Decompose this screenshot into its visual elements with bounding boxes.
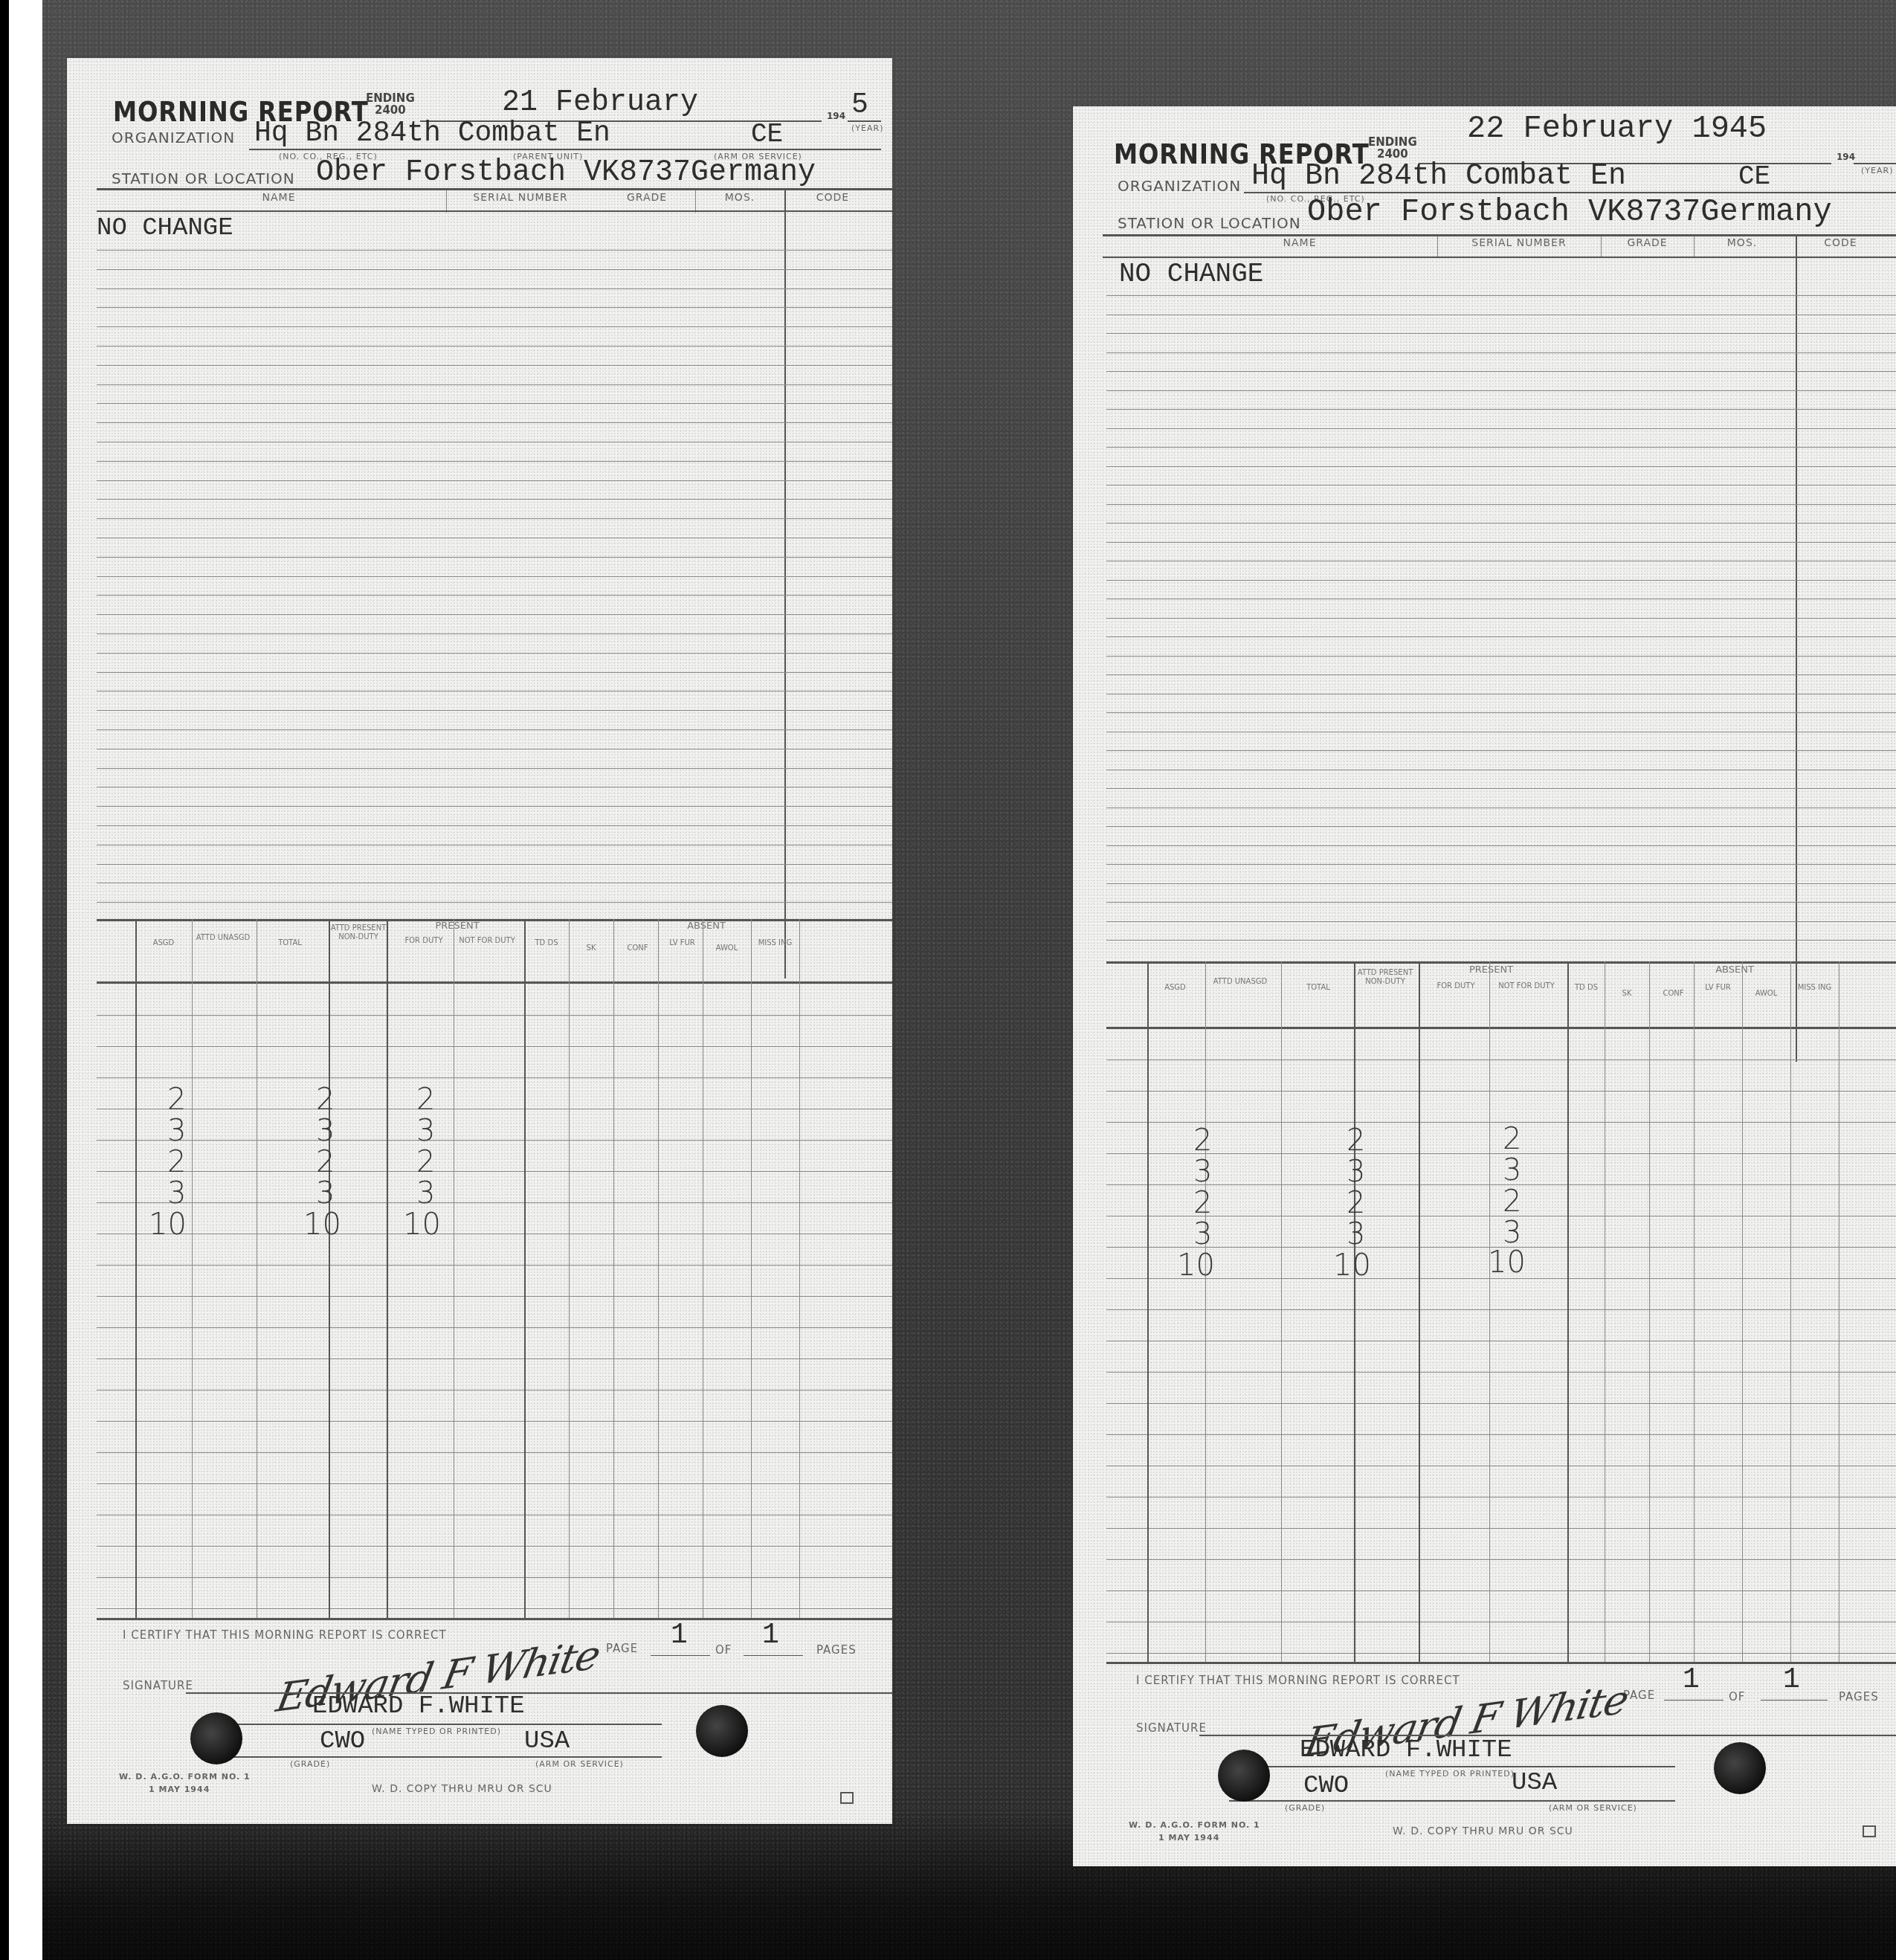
ruled-line <box>97 442 892 442</box>
grid-row-line <box>97 1140 892 1141</box>
grid-row-line <box>97 1077 892 1078</box>
grid-row-line <box>97 1015 892 1016</box>
grid-row-line <box>97 1515 892 1515</box>
ruled-line <box>1106 712 1896 713</box>
grade-value: CWO <box>320 1727 365 1756</box>
organization-value: Hq Bn 284th Combat En <box>1251 160 1626 193</box>
grid-row-line <box>1106 1216 1896 1216</box>
ruled-line <box>1106 333 1896 334</box>
ruled-line <box>1106 807 1896 808</box>
strength-duty-row-3: 2 <box>1503 1184 1521 1219</box>
grade-value: CWO <box>1303 1772 1349 1800</box>
ruled-line <box>97 845 892 845</box>
typed-name-caption: (NAME TYPED OR PRINTED) <box>1385 1769 1515 1779</box>
ruled-line <box>1106 466 1896 467</box>
col-name: NAME <box>186 192 372 204</box>
year-caption: (YEAR) <box>851 123 883 133</box>
ruled-line <box>1106 485 1896 486</box>
arm-value: CE <box>751 119 783 149</box>
strength-total-row-1: 2 <box>1347 1124 1365 1158</box>
grid-row-line <box>1106 1590 1896 1591</box>
grid-row-line <box>1106 1184 1896 1185</box>
year-digit: 5 <box>851 89 868 121</box>
strength-total-row-1: 2 <box>316 1083 335 1117</box>
ruled-line <box>97 749 892 749</box>
certify-text: I CERTIFY THAT THIS MORNING REPORT IS CO… <box>123 1628 447 1642</box>
year-underline <box>848 120 881 122</box>
grid-row-line <box>97 1171 892 1172</box>
grid-col-line <box>1205 961 1206 1662</box>
form-number: W. D. A.G.O. FORM NO. 1 <box>1129 1820 1260 1830</box>
grid-col-line <box>1839 961 1839 1662</box>
page-number: 1 <box>1683 1664 1700 1696</box>
ruled-line <box>97 634 892 634</box>
grid-row-line <box>1106 1497 1896 1498</box>
ruled-line <box>1106 542 1896 543</box>
th-sk: SK <box>1608 990 1645 999</box>
station-value: Ober Forstbach VK8737Germany <box>316 156 816 190</box>
ruled-line <box>97 557 892 558</box>
ruled-line <box>97 461 892 462</box>
station-label: STATION OR LOCATION <box>1118 214 1301 232</box>
ruled-line <box>97 595 892 596</box>
grid-col-line <box>524 919 526 1618</box>
grid-row-line <box>97 1421 892 1422</box>
th-not-for-duty: NOT FOR DUTY <box>457 937 517 946</box>
page-total: 1 <box>1783 1664 1800 1696</box>
ruled-line <box>97 538 892 538</box>
ruled-line <box>1106 447 1896 448</box>
col-serial-number: SERIAL NUMBER <box>446 192 595 204</box>
ruled-line <box>97 902 892 903</box>
col-grade: GRADE <box>1605 237 1690 249</box>
ruled-line <box>97 422 892 423</box>
ruled-line <box>97 307 892 308</box>
th-sk: SK <box>573 944 610 953</box>
strength-duty-row-2: 3 <box>416 1114 435 1148</box>
th-asgd: ASGD <box>1147 984 1203 993</box>
ruled-line <box>1106 504 1896 505</box>
col-divider <box>695 190 696 213</box>
copy-note: W. D. COPY THRU MRU OR SCU <box>1393 1825 1573 1837</box>
th-total: TOTAL <box>1285 984 1352 993</box>
ruled-line <box>97 346 892 346</box>
ruled-line <box>97 672 892 673</box>
organization-label: ORGANIZATION <box>1118 177 1241 195</box>
code-column-divider <box>784 190 786 979</box>
strength-table-top <box>97 919 892 921</box>
morning-report-form-right: MORNING REPORT ENDING2400 22 February 19… <box>1073 106 1896 1866</box>
strength-asgd-total: 10 <box>149 1208 187 1242</box>
ruled-line <box>97 576 892 577</box>
grid-col-line <box>1790 961 1791 1662</box>
ruled-line <box>97 864 892 865</box>
grid-col-line <box>135 919 137 1618</box>
strength-total-total: 10 <box>303 1208 341 1242</box>
ruled-line <box>1106 315 1896 315</box>
station-value: Ober Forstbach VK8737Germany <box>1307 194 1832 230</box>
strength-duty-row-1: 2 <box>416 1083 435 1117</box>
strength-asgd-row-2: 3 <box>1193 1155 1212 1189</box>
strength-duty-total: 10 <box>403 1208 441 1242</box>
of-label: OF <box>715 1643 732 1657</box>
morning-report-form-left: MORNING REPORT ENDING2400 21 February 19… <box>67 58 892 1824</box>
th-awol: AWOL <box>1746 990 1787 999</box>
grid-row-line <box>1106 1060 1896 1060</box>
ruled-line <box>1106 921 1896 922</box>
copy-note: W. D. COPY THRU MRU OR SCU <box>372 1783 552 1795</box>
grid-col-line <box>799 919 800 1618</box>
grid-row-line <box>1106 1559 1896 1560</box>
ruled-line <box>1106 656 1896 657</box>
organization-value: Hq Bn 284th Combat En <box>254 117 610 149</box>
strength-header-bottom <box>97 981 892 984</box>
th-conf: CONF <box>617 944 658 953</box>
grid-col-line <box>1694 961 1695 1662</box>
column-header-underline <box>1103 257 1896 258</box>
arm-service-caption: (ARM OR SERVICE) <box>1549 1803 1637 1813</box>
strength-asgd-row-1: 2 <box>167 1083 186 1117</box>
page-total: 1 <box>762 1619 779 1651</box>
ruled-line <box>1106 674 1896 675</box>
strength-duty-total: 10 <box>1488 1245 1526 1280</box>
strength-asgd-row-4: 3 <box>1193 1217 1212 1251</box>
ruled-line <box>1106 352 1896 353</box>
strength-duty-row-2: 3 <box>1503 1153 1521 1187</box>
ruled-line <box>97 883 892 883</box>
ruled-line <box>97 269 892 270</box>
th-td-ds: TD DS <box>1570 984 1603 993</box>
strength-total-total: 10 <box>1333 1248 1371 1283</box>
strength-total-row-4: 3 <box>316 1176 335 1211</box>
th-total: TOTAL <box>260 939 320 948</box>
ruled-line <box>1106 940 1896 941</box>
strength-total-row-2: 3 <box>1347 1155 1365 1189</box>
typed-name-underline <box>1229 1766 1675 1767</box>
grid-row-line <box>97 1483 892 1484</box>
col-mos: MOS. <box>1697 237 1787 249</box>
pages-label: PAGES <box>1839 1690 1879 1703</box>
grid-row-line <box>97 1046 892 1047</box>
page-label: PAGE <box>606 1642 638 1655</box>
entry-text: NO CHANGE <box>1119 259 1263 289</box>
ruled-line <box>1106 409 1896 410</box>
page-underline <box>1664 1700 1724 1701</box>
strength-duty-row-1: 2 <box>1503 1122 1521 1156</box>
grid-col-line <box>1419 961 1420 1662</box>
ruled-line <box>1106 599 1896 599</box>
report-date: 21 February <box>502 86 698 120</box>
typed-name: EDWARD F.WHITE <box>1300 1736 1512 1764</box>
certify-top-rule <box>1106 1662 1896 1664</box>
strength-header-bottom <box>1106 1027 1896 1029</box>
ruled-line <box>1106 750 1896 751</box>
code-column-divider <box>1796 236 1797 1062</box>
th-lv-fur: LV FUR <box>1697 984 1738 993</box>
organization-label: ORGANIZATION <box>112 129 235 146</box>
grade-caption: (GRADE) <box>1285 1803 1325 1813</box>
ruled-line <box>97 768 892 769</box>
grid-row-line <box>97 1109 892 1109</box>
strength-asgd-row-1: 2 <box>1193 1124 1212 1158</box>
grid-col-line <box>329 919 330 1618</box>
grid-row-line <box>1106 1622 1896 1622</box>
ruled-line <box>1106 788 1896 789</box>
pages-underline <box>744 1655 803 1656</box>
grid-col-line <box>1605 961 1605 1662</box>
year-prefix: 194 <box>1837 151 1855 163</box>
ruled-line <box>1106 902 1896 903</box>
strength-duty-row-4: 3 <box>416 1176 435 1211</box>
typed-name: EDWARD F.WHITE <box>312 1692 525 1721</box>
grid-row-line <box>1106 1528 1896 1529</box>
ruled-line <box>1106 826 1896 827</box>
grid-row-line <box>1106 1434 1896 1435</box>
ruled-line <box>1106 561 1896 561</box>
page-underline <box>651 1655 710 1656</box>
th-conf: CONF <box>1653 990 1694 999</box>
grid-row-line <box>97 1577 892 1578</box>
grid-col-line <box>1489 961 1490 1662</box>
th-awol: AWOL <box>706 944 747 953</box>
grade-caption: (GRADE) <box>290 1759 330 1769</box>
col-mos: MOS. <box>699 192 781 204</box>
ruled-line <box>97 710 892 711</box>
grid-col-line <box>1567 961 1569 1662</box>
year-underline <box>1854 163 1896 164</box>
year-caption: (YEAR) <box>1861 166 1893 175</box>
th-attd-unasgd: ATTD UNASGD <box>193 934 253 943</box>
col-divider <box>1601 236 1602 257</box>
grid-row-line <box>97 1358 892 1359</box>
strength-asgd-row-2: 3 <box>167 1114 186 1148</box>
ruled-line <box>97 403 892 404</box>
grid-row-line <box>97 1546 892 1547</box>
ruled-line <box>97 365 892 366</box>
grid-row-line <box>1106 1372 1896 1373</box>
grid-col-line <box>658 919 659 1618</box>
col-serial-number: SERIAL NUMBER <box>1445 237 1593 249</box>
arm-service-caption: (ARM OR SERVICE) <box>535 1759 624 1769</box>
col-divider <box>446 190 447 213</box>
punch-hole-left <box>1218 1750 1270 1802</box>
arm-service-value: USA <box>524 1727 570 1756</box>
punch-hole-right <box>696 1705 748 1757</box>
ruled-line <box>1106 580 1896 581</box>
grid-col-line <box>1649 961 1650 1662</box>
station-label: STATION OR LOCATION <box>112 170 295 187</box>
of-label: OF <box>1729 1690 1745 1703</box>
th-for-duty: FOR DUTY <box>394 937 454 946</box>
typed-name-underline <box>216 1724 662 1725</box>
ruled-line <box>97 326 892 327</box>
col-name: NAME <box>1207 237 1393 249</box>
ending-label: ENDING2400 <box>1368 136 1417 160</box>
grid-col-line <box>192 919 193 1618</box>
grid-col-line <box>1281 961 1282 1662</box>
strength-asgd-row-3: 2 <box>1193 1186 1212 1220</box>
typed-name-caption: (NAME TYPED OR PRINTED) <box>372 1727 501 1736</box>
grid-col-line <box>569 919 570 1618</box>
th-attd-unasgd: ATTD UNASGD <box>1207 978 1274 987</box>
certify-text: I CERTIFY THAT THIS MORNING REPORT IS CO… <box>1136 1674 1460 1687</box>
ending-time: 2400 <box>1377 147 1408 161</box>
form-date: 1 MAY 1944 <box>1158 1833 1219 1843</box>
grid-row-line <box>1106 1122 1896 1123</box>
ruled-line <box>97 614 892 615</box>
grid-row-line <box>1106 1653 1896 1654</box>
grid-col-line <box>1742 961 1743 1662</box>
strength-asgd-row-4: 3 <box>167 1176 186 1211</box>
ruled-line <box>97 480 892 481</box>
grid-row-line <box>1106 1403 1896 1404</box>
entry-text: NO CHANGE <box>97 214 233 242</box>
th-missing: MISS ING <box>755 939 796 948</box>
grid-row-line <box>97 1265 892 1266</box>
grid-col-line <box>1354 961 1355 1662</box>
grid-row-line <box>97 1608 892 1609</box>
strength-table-top <box>1106 961 1896 964</box>
ruled-line <box>1106 636 1896 637</box>
station-underline <box>1103 234 1896 236</box>
grid-row-line <box>1106 1466 1896 1466</box>
ruled-line <box>97 691 892 692</box>
year-prefix: 194 <box>827 110 845 122</box>
arm-value: CE <box>1738 161 1770 192</box>
ruled-line <box>1106 295 1896 296</box>
ruled-line <box>97 518 892 519</box>
report-date: 22 February 1945 <box>1467 111 1767 146</box>
grid-row-line <box>97 1202 892 1203</box>
scan-edge-white <box>9 0 42 1960</box>
form-number: W. D. A.G.O. FORM NO. 1 <box>119 1772 251 1782</box>
grid-col-line <box>613 919 614 1618</box>
signature-label: SIGNATURE <box>123 1679 193 1692</box>
col-code: CODE <box>1805 237 1876 249</box>
grid-row-line <box>1106 1091 1896 1092</box>
ruled-line <box>1106 883 1896 884</box>
ruled-line <box>97 384 892 385</box>
grid-col-line <box>1147 961 1149 1662</box>
ruled-line <box>97 806 892 807</box>
th-attd-present-non-duty: ATTD PRESENT NON-DUTY <box>329 924 388 942</box>
ruled-line <box>97 825 892 826</box>
col-grade: GRADE <box>602 192 691 204</box>
signature-underline <box>186 1692 892 1694</box>
corner-box <box>840 1792 854 1804</box>
station-underline <box>97 188 892 190</box>
ending-time: 2400 <box>375 103 406 117</box>
th-not-for-duty: NOT FOR DUTY <box>1493 982 1560 991</box>
th-present: PRESENT <box>1419 966 1564 975</box>
th-attd-present-non-duty: ATTD PRESENT NON-DUTY <box>1355 969 1415 987</box>
ruled-line <box>97 787 892 787</box>
th-asgd: ASGD <box>138 939 190 948</box>
punch-hole-right <box>1714 1742 1766 1794</box>
organization-underline <box>249 149 881 150</box>
grid-row-line <box>97 1390 892 1390</box>
th-absent: ABSENT <box>528 922 885 931</box>
grid-row-line <box>97 1296 892 1297</box>
ruled-line <box>1106 390 1896 391</box>
column-header-underline <box>97 210 892 212</box>
grid-col-line <box>257 919 257 1618</box>
punch-hole-left <box>190 1712 242 1764</box>
grid-col-line <box>454 919 454 1618</box>
scan-edge-black <box>0 0 9 1960</box>
grade-underline <box>216 1756 662 1758</box>
grid-col-line <box>387 919 388 1618</box>
grid-col-line <box>751 919 752 1618</box>
strength-total-row-4: 3 <box>1347 1217 1365 1251</box>
strength-asgd-total: 10 <box>1177 1248 1215 1283</box>
ruled-line <box>1106 371 1896 372</box>
ruled-line <box>1106 732 1896 732</box>
pages-underline <box>1761 1700 1828 1701</box>
th-for-duty: FOR DUTY <box>1422 982 1489 991</box>
ruled-line <box>1106 694 1896 694</box>
ruled-line <box>1106 770 1896 770</box>
ending-label: ENDING2400 <box>366 92 415 116</box>
signature-label: SIGNATURE <box>1136 1721 1207 1735</box>
th-present: PRESENT <box>394 922 520 931</box>
th-missing: MISS ING <box>1794 984 1835 993</box>
ruled-line <box>97 499 892 500</box>
grid-row-line <box>1106 1309 1896 1310</box>
ruled-line <box>1106 618 1896 619</box>
grid-row-line <box>1106 1341 1896 1341</box>
ruled-line <box>97 288 892 289</box>
pages-label: PAGES <box>816 1643 857 1657</box>
strength-total-row-3: 2 <box>316 1145 335 1179</box>
ruled-line <box>1106 845 1896 846</box>
strength-duty-row-3: 2 <box>416 1145 435 1179</box>
form-date: 1 MAY 1944 <box>149 1785 210 1794</box>
th-absent: ABSENT <box>1571 966 1896 975</box>
grid-row-line <box>97 1234 892 1234</box>
organization-underline <box>1244 192 1896 193</box>
ruled-line <box>97 729 892 730</box>
ruled-line <box>97 653 892 654</box>
grid-col-line <box>703 919 703 1618</box>
col-divider <box>1437 236 1438 257</box>
grid-row-line <box>97 1452 892 1453</box>
grid-row-line <box>1106 1153 1896 1154</box>
corner-box <box>1863 1825 1876 1837</box>
ruled-line <box>97 250 892 251</box>
ruled-line <box>1106 523 1896 523</box>
col-code: CODE <box>792 192 874 204</box>
ruled-line <box>1106 864 1896 865</box>
ruled-line <box>1106 428 1896 429</box>
col-divider <box>1694 236 1695 257</box>
page-number: 1 <box>671 1619 688 1651</box>
arm-service-value: USA <box>1512 1769 1557 1797</box>
grade-underline <box>1229 1800 1675 1802</box>
strength-asgd-row-3: 2 <box>167 1145 186 1179</box>
strength-total-row-2: 3 <box>316 1114 335 1148</box>
th-lv-fur: LV FUR <box>662 939 703 948</box>
grid-row-line <box>97 1327 892 1328</box>
strength-total-row-3: 2 <box>1347 1186 1365 1220</box>
th-td-ds: TD DS <box>528 939 565 948</box>
